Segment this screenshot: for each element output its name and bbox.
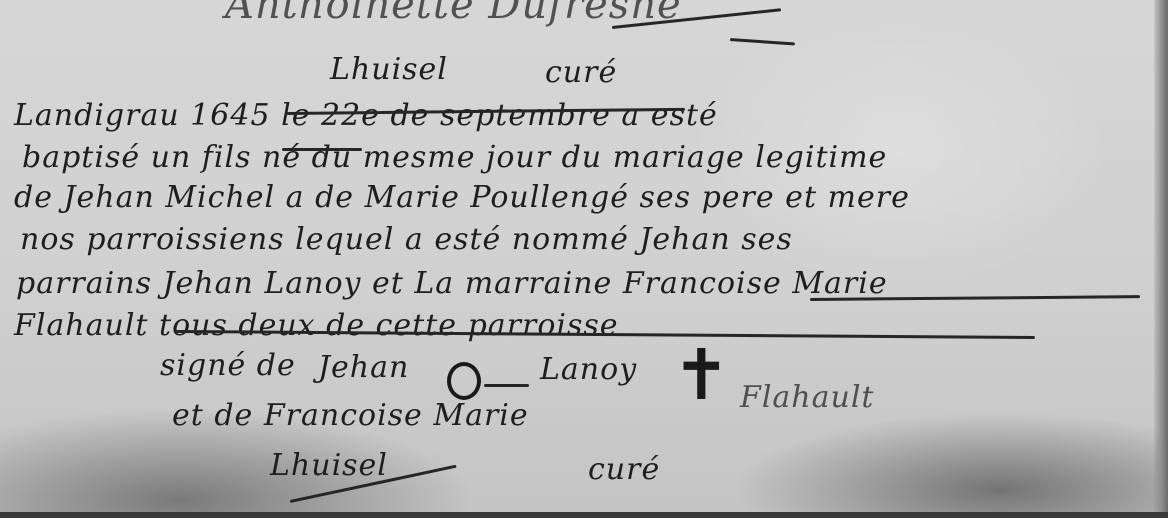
record-line-3: de Jehan Michel a de Marie Poullengé ses… [14, 180, 910, 215]
record-line-1: Landigrau 1645 le 22e de septembre a est… [14, 98, 718, 133]
header-flourish-2 [730, 38, 795, 46]
page-edge-right [1154, 0, 1168, 518]
record-line-2: baptisé un fils né du mesme jour du mari… [22, 140, 887, 175]
page-edge-bottom [0, 512, 1168, 518]
curate-signature-top-suffix: curé [545, 55, 617, 90]
mark-dash [484, 384, 529, 387]
strike-line-2 [282, 148, 362, 151]
record-line-4: nos parroissiens lequel a esté nommé Jeh… [20, 222, 793, 257]
curate-signature-bottom-suffix: curé [588, 452, 660, 487]
curate-signature-bottom: Lhuisel [270, 448, 388, 483]
signature-godmother-surname: Flahault [740, 380, 874, 415]
signature-godfather-name: Jehan [318, 350, 409, 385]
header-partial-text: Anthoinette Dufresne [225, 0, 682, 28]
cross-mark-icon: ✝ [672, 340, 731, 410]
curate-signature-top: Lhuisel [330, 52, 448, 87]
godfather-circle-mark [447, 362, 481, 400]
signature-line-2-prefix: et de Francoise Marie [172, 398, 529, 433]
record-line-5: parrains Jehan Lanoy et La marraine Fran… [16, 266, 888, 301]
record-line-6: Flahault tous deux de cette parroisse [14, 308, 619, 343]
register-page: Anthoinette Dufresne Lhuisel curé Landig… [0, 0, 1168, 518]
signature-line-1-prefix: signé de [160, 348, 296, 383]
signature-godfather-surname: Lanoy [540, 352, 637, 387]
